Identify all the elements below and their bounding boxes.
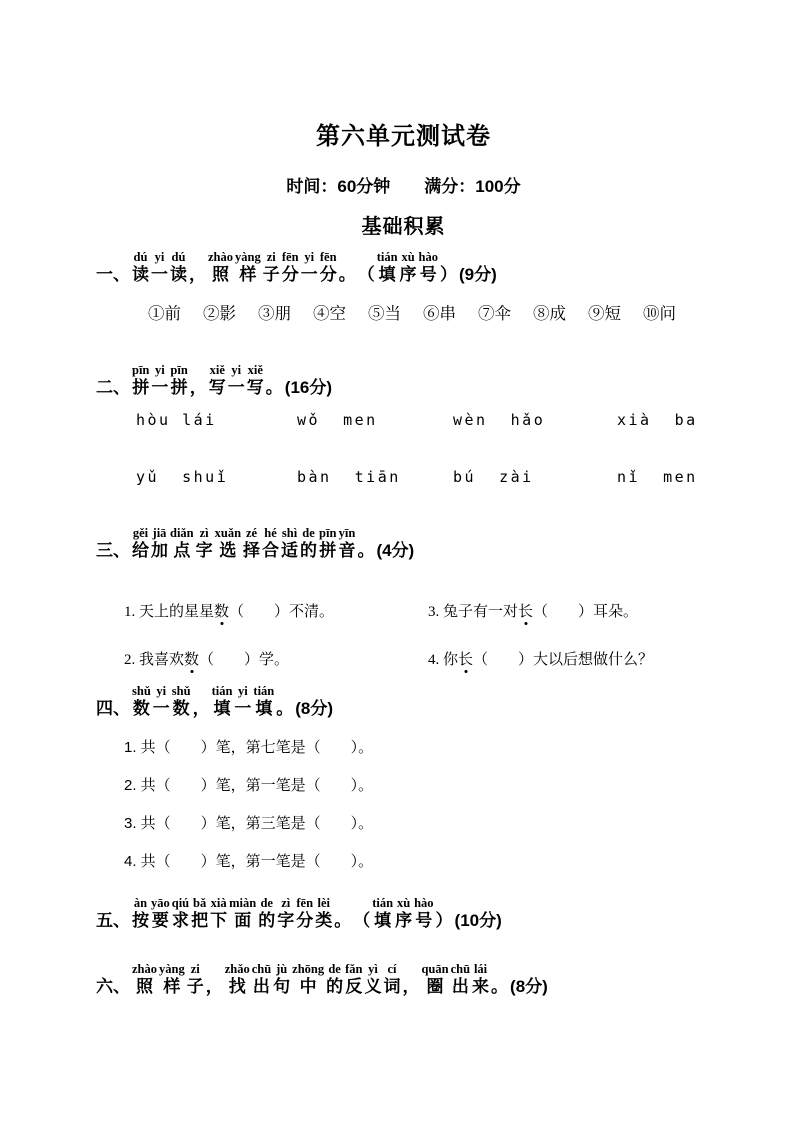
pinyin-annotation: qiú — [172, 896, 189, 910]
option-character: ⑧成 — [533, 304, 566, 324]
heading-char: zhào照 — [132, 962, 157, 998]
pinyin-annotation: yi — [231, 363, 241, 377]
option-character: ④空 — [313, 304, 346, 324]
heading-char: de的 — [258, 896, 275, 932]
hanzi-text: (16分) — [285, 377, 332, 399]
question-3-heading: 三、gěi给jiā加diǎn点zì字xuǎn选zé择hé合shì适de的pīn拼… — [95, 526, 793, 562]
heading-char: dú读 — [170, 250, 187, 286]
pinyin-annotation: chū — [252, 962, 271, 976]
heading-char: shǔ数 — [172, 684, 191, 720]
option-character: ⑦伞 — [478, 304, 511, 324]
heading-char: fēn分 — [320, 250, 337, 286]
hanzi-text: 序 — [400, 264, 417, 286]
pinyin-annotation: yi — [156, 684, 166, 698]
heading-char: zhōng中 — [292, 962, 324, 998]
pinyin-annotation: jù — [276, 962, 287, 976]
item-text-after: （ ）不清。 — [229, 603, 334, 620]
hanzi-text: 句 — [273, 976, 290, 998]
hanzi-text: 求 — [172, 910, 189, 932]
hanzi-text: 照 — [136, 976, 153, 998]
heading-char: zé择 — [243, 526, 260, 562]
pinyin-annotation: tián — [253, 684, 274, 698]
heading-char: de的 — [300, 526, 317, 562]
hanzi-text: 词 — [383, 976, 400, 998]
pinyin-annotation: xiě — [248, 363, 263, 377]
hanzi-text: ， — [189, 264, 206, 286]
item-text-before: 我喜欢 — [139, 651, 184, 668]
heading-char: tián填 — [212, 684, 233, 720]
heading-char: lèi类 — [315, 896, 332, 932]
pinyin-annotation: pīn — [170, 363, 187, 377]
heading-char: zì字 — [196, 526, 213, 562]
heading-char: pīn拼 — [170, 363, 187, 399]
hanzi-text: 三、 — [96, 540, 130, 562]
hanzi-text: 把 — [191, 910, 208, 932]
hanzi-text: 五、 — [96, 910, 130, 932]
question-2-pinyin-row-2: yǔ shuǐbàn tiānbú zàinǐ men — [136, 468, 793, 486]
pinyin-annotation: fēn — [320, 250, 337, 264]
heading-char: gěi给 — [132, 526, 149, 562]
heading-char: dú读 — [132, 250, 149, 286]
pinyin-annotation: zé — [246, 526, 257, 540]
option-character: ⑩问 — [643, 304, 676, 324]
hanzi-text: 子 — [263, 264, 280, 286]
heading-punct: 。 — [357, 526, 374, 562]
hanzi-text: (8分) — [295, 698, 333, 720]
heading-punct: (10分) — [455, 896, 502, 932]
heading-char: yi一 — [151, 363, 168, 399]
pinyin-annotation: yàng — [235, 250, 261, 264]
pinyin-annotation: yì — [368, 962, 378, 976]
hanzi-text: (8分) — [510, 976, 548, 998]
hanzi-text: 类 — [315, 910, 332, 932]
hanzi-text: 一 — [234, 698, 251, 720]
heading-char: zì字 — [277, 896, 294, 932]
hanzi-text: (10分) — [455, 910, 502, 932]
hanzi-text: 子 — [187, 976, 204, 998]
item-text-before: 天上的星星 — [139, 603, 214, 620]
hanzi-text: ， — [402, 976, 419, 998]
pinyin-annotation: shǔ — [132, 684, 151, 698]
dotted-character: 数 — [184, 650, 199, 670]
hanzi-text: 四、 — [96, 698, 130, 720]
test-paper-page: 第六单元测试卷 时间：60分钟 满分：100分 基础积累 一、dú读yi一dú读… — [0, 0, 793, 1122]
question-4: 四、shǔ数yi一shǔ数，tián填yi一tián填。(8分) 1. 共（ ）… — [0, 684, 793, 872]
pinyin-annotation: zi — [191, 962, 200, 976]
heading-char: chū出 — [451, 962, 470, 998]
pinyin-annotation: chū — [451, 962, 470, 976]
heading-char: jiā加 — [151, 526, 168, 562]
heading-char: zi子 — [187, 962, 204, 998]
heading-char: fēn分 — [282, 250, 299, 286]
hanzi-text: 号 — [420, 264, 437, 286]
item-text-before: 你 — [443, 651, 458, 668]
pinyin-annotation: bǎ — [193, 896, 206, 910]
dotted-character: 长 — [458, 650, 473, 670]
heading-char: hé合 — [262, 526, 279, 562]
pinyin-annotation: hé — [264, 526, 277, 540]
heading-char: bǎ把 — [191, 896, 208, 932]
pinyin-annotation: xuǎn — [215, 526, 241, 540]
heading-char: zhào照 — [208, 250, 233, 286]
hanzi-text: 圈 — [427, 976, 444, 998]
pinyin-annotation: xù — [397, 896, 410, 910]
hanzi-text: 一 — [151, 264, 168, 286]
heading-char: fēn分 — [296, 896, 313, 932]
pinyin-annotation: àn — [134, 896, 147, 910]
hanzi-text: 。 — [491, 976, 508, 998]
pinyin-annotation: de — [260, 896, 273, 910]
hanzi-text: ， — [193, 698, 210, 720]
pinyin-annotation: zhǎo — [225, 962, 250, 976]
heading-punct: (8分) — [510, 962, 548, 998]
pinyin-word: wèn hǎo — [453, 411, 617, 429]
pinyin-annotation: dú — [134, 250, 148, 264]
heading-punct: 。 — [334, 896, 351, 932]
heading-punct: ） — [440, 250, 457, 286]
heading-punct: 。 — [491, 962, 508, 998]
pinyin-word: bàn tiān — [297, 468, 453, 486]
heading-char: xià下 — [210, 896, 227, 932]
pinyin-word: nǐ men — [617, 468, 793, 486]
heading-char: pīn拼 — [319, 526, 336, 562]
option-character: ②影 — [203, 304, 236, 324]
hanzi-text: 出 — [452, 976, 469, 998]
question-2-pinyin-row-1: hòu láiwǒ menwèn hǎoxià ba — [136, 411, 793, 429]
heading-char: fǎn反 — [345, 962, 362, 998]
pinyin-annotation: yīn — [339, 526, 356, 540]
hanzi-text: 找 — [229, 976, 246, 998]
heading-char: zhǎo找 — [225, 962, 250, 998]
pinyin-annotation: jiā — [153, 526, 167, 540]
hanzi-text: ） — [436, 910, 453, 932]
hanzi-text: 一 — [151, 377, 168, 399]
heading-char: qiú求 — [172, 896, 189, 932]
question-3-items: 1. 天上的星星数（ ）不清。3. 兔子有一对长（ ）耳朵。2. 我喜欢数（ ）… — [124, 602, 793, 670]
page-title: 第六单元测试卷 — [0, 120, 793, 154]
pinyin-annotation: cí — [387, 962, 396, 976]
heading-punct: 三、 — [96, 526, 130, 562]
pinyin-annotation: fēn — [296, 896, 313, 910]
heading-char: xuǎn选 — [215, 526, 241, 562]
hanzi-text: 拼 — [132, 377, 149, 399]
hanzi-text: 出 — [253, 976, 270, 998]
pinyin-annotation: zi — [267, 250, 276, 264]
hanzi-text: 序 — [395, 910, 412, 932]
hanzi-text: 照 — [212, 264, 229, 286]
heading-char: quān圈 — [421, 962, 448, 998]
fill-in-line: 2. 共（ ）笔，第一笔是（ ）。 — [124, 776, 793, 796]
hanzi-text: 择 — [243, 540, 260, 562]
hanzi-text: 面 — [234, 910, 251, 932]
fill-in-line: 4. 共（ ）笔，第一笔是（ ）。 — [124, 852, 793, 872]
pinyin-annotation: yāo — [151, 896, 170, 910]
pinyin-annotation: lái — [474, 962, 487, 976]
pinyin-word: xià ba — [617, 411, 793, 429]
heading-char: xiě写 — [209, 363, 226, 399]
heading-char: tián填 — [377, 250, 398, 286]
pinyin-annotation: pīn — [319, 526, 336, 540]
item-text-after: （ ）耳朵。 — [533, 603, 638, 620]
pinyin-annotation: de — [302, 526, 315, 540]
pinyin-annotation: hào — [414, 896, 433, 910]
hanzi-text: 。 — [339, 264, 356, 286]
hanzi-text: 字 — [196, 540, 213, 562]
hanzi-text: 填 — [255, 698, 272, 720]
hanzi-text: 。 — [334, 910, 351, 932]
fill-in-line: 1. 共（ ）笔，第七笔是（ ）。 — [124, 738, 793, 758]
pinyin-annotation: hào — [419, 250, 438, 264]
pinyin-annotation: yi — [155, 250, 165, 264]
pinyin-annotation: yàng — [159, 962, 185, 976]
heading-char: tián填 — [372, 896, 393, 932]
question-4-heading: 四、shǔ数yi一shǔ数，tián填yi一tián填。(8分) — [95, 684, 793, 720]
hanzi-text: 中 — [300, 976, 317, 998]
pinyin-word: yǔ shuǐ — [136, 468, 297, 486]
pinyin-annotation: pīn — [132, 363, 149, 377]
hanzi-text: 的 — [258, 910, 275, 932]
heading-char: xù序 — [395, 896, 412, 932]
heading-punct: ， — [206, 962, 223, 998]
hanzi-text: (9分) — [459, 264, 497, 286]
pinyin-annotation: zhōng — [292, 962, 324, 976]
question-item: 3. 兔子有一对长（ ）耳朵。 — [428, 602, 793, 622]
heading-punct: 。 — [276, 684, 293, 720]
hanzi-text: 分 — [282, 264, 299, 286]
item-number: 1. — [124, 604, 139, 620]
heading-punct: 六、 — [96, 962, 130, 998]
heading-char: tián填 — [253, 684, 274, 720]
pinyin-annotation: yi — [304, 250, 314, 264]
pinyin-annotation: zì — [281, 896, 290, 910]
hanzi-text: 分 — [296, 910, 313, 932]
hanzi-text: 。 — [357, 540, 374, 562]
hanzi-text: 。 — [266, 377, 283, 399]
heading-punct: ， — [402, 962, 419, 998]
hanzi-text: (4分) — [376, 540, 414, 562]
hanzi-text: 分 — [320, 264, 337, 286]
heading-punct: 一、 — [96, 250, 130, 286]
hanzi-text: 填 — [379, 264, 396, 286]
hanzi-text: 加 — [151, 540, 168, 562]
hanzi-text: 读 — [170, 264, 187, 286]
hanzi-text: 样 — [163, 976, 180, 998]
heading-punct: 。 — [339, 250, 356, 286]
hanzi-text: 。 — [276, 698, 293, 720]
option-character: ⑨短 — [588, 304, 621, 324]
question-1-options: ①前②影③朋④空⑤当⑥串⑦伞⑧成⑨短⑩问 — [148, 304, 793, 324]
item-number: 2. — [124, 652, 139, 668]
hanzi-text: 号 — [415, 910, 432, 932]
question-2-heading: 二、pīn拼yi一pīn拼，xiě写yi一xiě写。(16分) — [95, 363, 793, 399]
pinyin-annotation: xià — [211, 896, 227, 910]
pinyin-annotation: quān — [421, 962, 448, 976]
item-text-after: （ ）大以后想做什么？ — [473, 651, 653, 668]
pinyin-annotation: xiě — [210, 363, 225, 377]
hanzi-text: 样 — [239, 264, 256, 286]
pinyin-annotation: yi — [238, 684, 248, 698]
heading-char: yāo要 — [151, 896, 170, 932]
item-number: 3. — [428, 604, 443, 620]
hanzi-text: （ — [358, 264, 375, 286]
hanzi-text: 的 — [326, 976, 343, 998]
pinyin-annotation: zhào — [132, 962, 157, 976]
hanzi-text: （ — [353, 910, 370, 932]
pinyin-annotation: lèi — [317, 896, 330, 910]
hanzi-text: 一 — [153, 698, 170, 720]
hanzi-text: 一 — [301, 264, 318, 286]
heading-char: hào号 — [414, 896, 433, 932]
hanzi-text: 下 — [210, 910, 227, 932]
heading-char: shì适 — [281, 526, 298, 562]
heading-char: jù句 — [273, 962, 290, 998]
hanzi-text: ， — [190, 377, 207, 399]
question-5: 五、àn按yāo要qiú求bǎ把xià下miàn面de的zì字fēn分lèi类。… — [0, 896, 793, 932]
pinyin-word: wǒ men — [297, 411, 453, 429]
heading-char: yi一 — [153, 684, 170, 720]
pinyin-annotation: de — [328, 962, 341, 976]
pinyin-annotation: shǔ — [172, 684, 191, 698]
pinyin-annotation: shì — [282, 526, 297, 540]
hanzi-text: 一 — [228, 377, 245, 399]
section-title: 基础积累 — [0, 215, 793, 239]
dotted-character: 长 — [518, 602, 533, 622]
heading-punct: (9分) — [459, 250, 497, 286]
pinyin-word: bú zài — [453, 468, 617, 486]
pinyin-annotation: diǎn — [170, 526, 194, 540]
pinyin-annotation: gěi — [133, 526, 148, 540]
question-2: 二、pīn拼yi一pīn拼，xiě写yi一xiě写。(16分) hòu láiw… — [0, 363, 793, 486]
heading-punct: （ — [358, 250, 375, 286]
question-4-items: 1. 共（ ）笔，第七笔是（ ）。2. 共（ ）笔，第一笔是（ ）。3. 共（ … — [124, 738, 793, 872]
heading-punct: 。 — [266, 363, 283, 399]
heading-punct: 二、 — [96, 363, 130, 399]
pinyin-annotation: dú — [172, 250, 186, 264]
hanzi-text: 写 — [209, 377, 226, 399]
heading-char: shǔ数 — [132, 684, 151, 720]
hanzi-text: ） — [440, 264, 457, 286]
heading-char: zi子 — [263, 250, 280, 286]
heading-char: yàng样 — [235, 250, 261, 286]
hanzi-text: ， — [206, 976, 223, 998]
heading-punct: ， — [193, 684, 210, 720]
pinyin-annotation: fǎn — [345, 962, 362, 976]
hanzi-text: 点 — [173, 540, 190, 562]
heading-char: yi一 — [151, 250, 168, 286]
hanzi-text: 六、 — [96, 976, 130, 998]
hanzi-text: 读 — [132, 264, 149, 286]
heading-punct: ， — [190, 363, 207, 399]
pinyin-annotation: fēn — [282, 250, 299, 264]
heading-punct: ） — [436, 896, 453, 932]
hanzi-text: 适 — [281, 540, 298, 562]
heading-char: yi一 — [228, 363, 245, 399]
heading-char: hào号 — [419, 250, 438, 286]
question-6: 六、zhào照yàng样zi子，zhǎo找chū出jù句zhōng中de的fǎn… — [0, 962, 793, 998]
pinyin-annotation: xù — [401, 250, 414, 264]
heading-char: de的 — [326, 962, 343, 998]
heading-char: yì义 — [364, 962, 381, 998]
hanzi-text: 数 — [133, 698, 150, 720]
heading-char: àn按 — [132, 896, 149, 932]
question-5-heading: 五、àn按yāo要qiú求bǎ把xià下miàn面de的zì字fēn分lèi类。… — [95, 896, 793, 932]
question-3: 三、gěi给jiā加diǎn点zì字xuǎn选zé择hé合shì适de的pīn拼… — [0, 526, 793, 670]
hanzi-text: 拼 — [319, 540, 336, 562]
question-6-heading: 六、zhào照yàng样zi子，zhǎo找chū出jù句zhōng中de的fǎn… — [95, 962, 793, 998]
heading-char: yi一 — [234, 684, 251, 720]
hanzi-text: 来 — [472, 976, 489, 998]
hanzi-text: 二、 — [96, 377, 130, 399]
hanzi-text: 一、 — [96, 264, 130, 286]
heading-punct: （ — [353, 896, 370, 932]
hanzi-text: 拼 — [171, 377, 188, 399]
heading-char: xiě写 — [247, 363, 264, 399]
item-text-after: （ ）学。 — [199, 651, 289, 668]
hanzi-text: 数 — [173, 698, 190, 720]
heading-punct: 四、 — [96, 684, 130, 720]
option-character: ⑤当 — [368, 304, 401, 324]
heading-char: diǎn点 — [170, 526, 194, 562]
fill-in-line: 3. 共（ ）笔，第三笔是（ ）。 — [124, 814, 793, 834]
hanzi-text: 填 — [374, 910, 391, 932]
heading-punct: (16分) — [285, 363, 332, 399]
heading-char: cí词 — [383, 962, 400, 998]
heading-char: pīn拼 — [132, 363, 149, 399]
hanzi-text: 反 — [345, 976, 362, 998]
question-1-heading: 一、dú读yi一dú读，zhào照yàng样zi子fēn分yi一fēn分。（ti… — [95, 250, 793, 286]
hanzi-text: 合 — [262, 540, 279, 562]
heading-punct: ， — [189, 250, 206, 286]
heading-char: chū出 — [252, 962, 271, 998]
pinyin-annotation: tián — [212, 684, 233, 698]
heading-char: lái来 — [472, 962, 489, 998]
heading-char: xù序 — [400, 250, 417, 286]
heading-punct: 五、 — [96, 896, 130, 932]
hanzi-text: 选 — [219, 540, 236, 562]
pinyin-word: hòu lái — [136, 411, 297, 429]
hanzi-text: 给 — [132, 540, 149, 562]
hanzi-text: 填 — [213, 698, 230, 720]
option-character: ⑥串 — [423, 304, 456, 324]
option-character: ③朋 — [258, 304, 291, 324]
item-number: 4. — [428, 652, 443, 668]
heading-char: yi一 — [301, 250, 318, 286]
heading-char: miàn面 — [229, 896, 256, 932]
pinyin-annotation: miàn — [229, 896, 256, 910]
hanzi-text: 按 — [132, 910, 149, 932]
hanzi-text: 写 — [247, 377, 264, 399]
question-1: 一、dú读yi一dú读，zhào照yàng样zi子fēn分yi一fēn分。（ti… — [0, 250, 793, 324]
option-character: ①前 — [148, 304, 181, 324]
hanzi-text: 义 — [364, 976, 381, 998]
heading-punct: (4分) — [376, 526, 414, 562]
hanzi-text: 要 — [152, 910, 169, 932]
question-item: 2. 我喜欢数（ ）学。 — [124, 650, 428, 670]
pinyin-annotation: zhào — [208, 250, 233, 264]
question-item: 1. 天上的星星数（ ）不清。 — [124, 602, 428, 622]
pinyin-annotation: tián — [377, 250, 398, 264]
pinyin-annotation: tián — [372, 896, 393, 910]
dotted-character: 数 — [214, 602, 229, 622]
hanzi-text: 的 — [300, 540, 317, 562]
question-item: 4. 你长（ ）大以后想做什么？ — [428, 650, 793, 670]
heading-char: yàng样 — [159, 962, 185, 998]
hanzi-text: 字 — [277, 910, 294, 932]
item-text-before: 兔子有一对 — [443, 603, 518, 620]
hanzi-text: 音 — [338, 540, 355, 562]
heading-char: yīn音 — [338, 526, 355, 562]
heading-punct: (8分) — [295, 684, 333, 720]
